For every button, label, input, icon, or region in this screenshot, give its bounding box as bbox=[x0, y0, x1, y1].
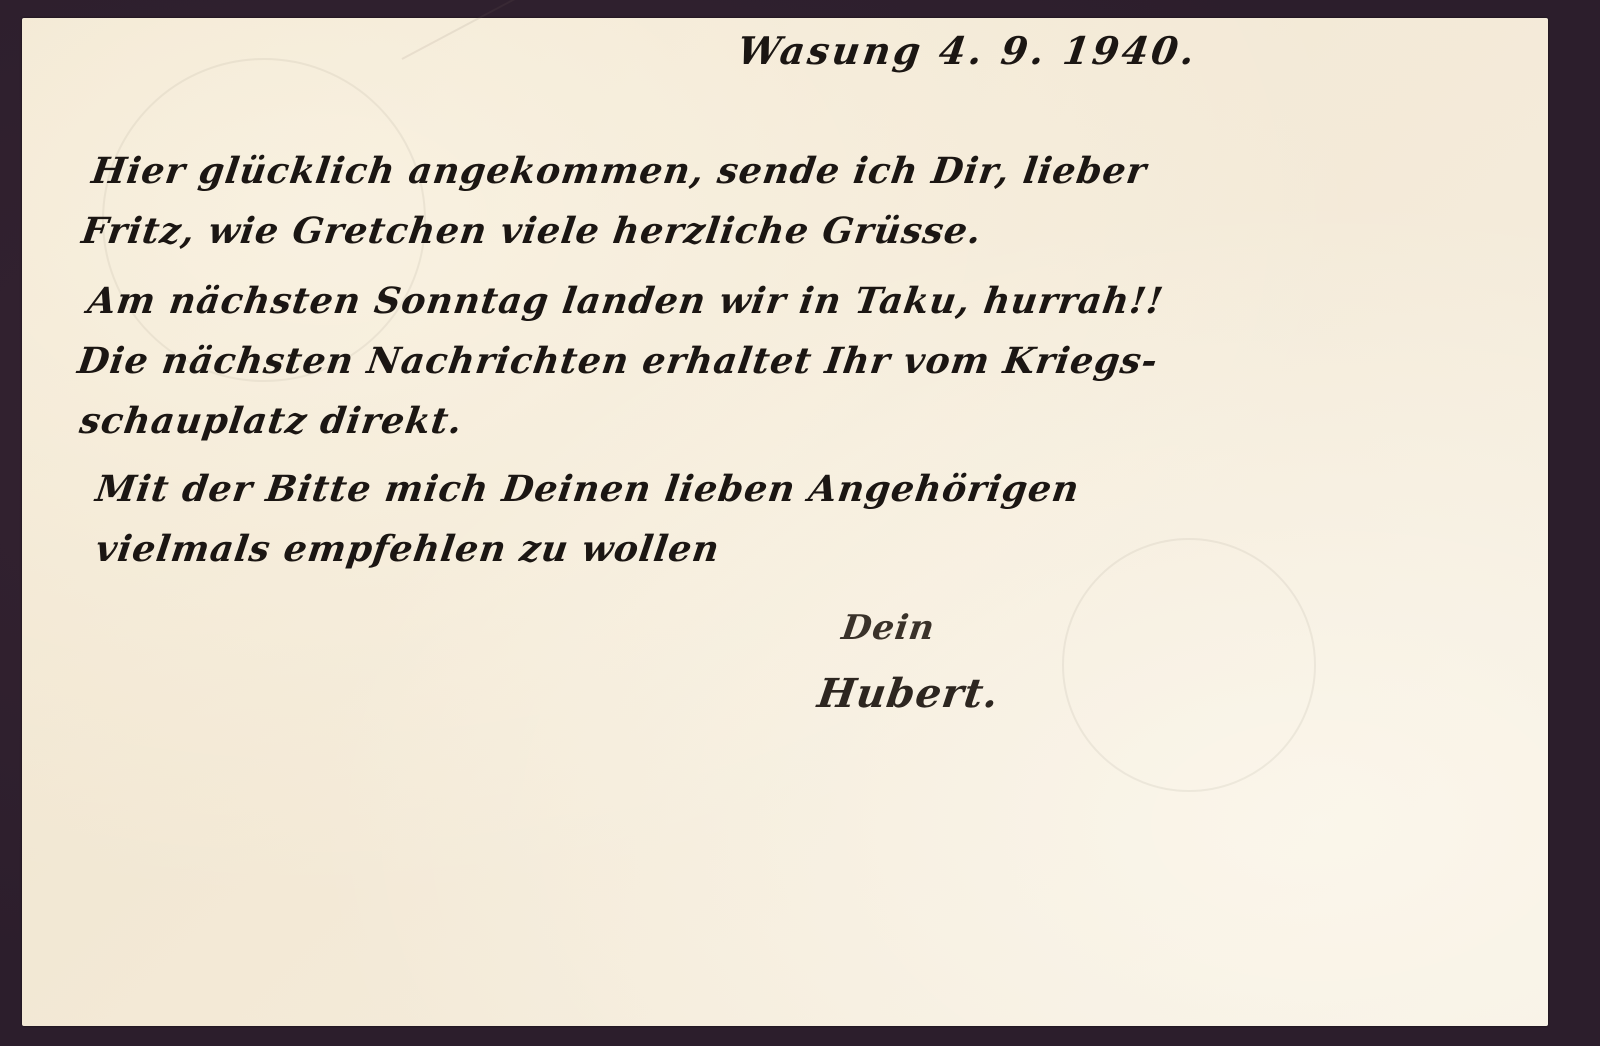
body-line-5: schauplatz direkt. bbox=[77, 400, 465, 442]
body-line-1: Hier glücklich angekommen, sende ich Dir… bbox=[89, 150, 1150, 192]
date-line: Wasung 4. 9. 1940. bbox=[735, 28, 1201, 73]
postcard: Wasung 4. 9. 1940. Hier glücklich angeko… bbox=[22, 18, 1548, 1026]
body-line-7: vielmals empfehlen zu wollen bbox=[93, 528, 723, 570]
signature: Hubert. bbox=[815, 670, 1002, 717]
closing: Dein bbox=[839, 608, 937, 648]
body-line-2: Fritz, wie Gretchen viele herzliche Grüs… bbox=[79, 210, 985, 252]
body-line-4: Die nächsten Nachrichten erhaltet Ihr vo… bbox=[75, 340, 1161, 382]
faint-postmark-circle bbox=[1062, 538, 1316, 792]
body-line-3: Am nächsten Sonntag landen wir in Taku, … bbox=[85, 280, 1166, 322]
body-line-6: Mit der Bitte mich Deinen lieben Angehör… bbox=[93, 468, 1082, 510]
